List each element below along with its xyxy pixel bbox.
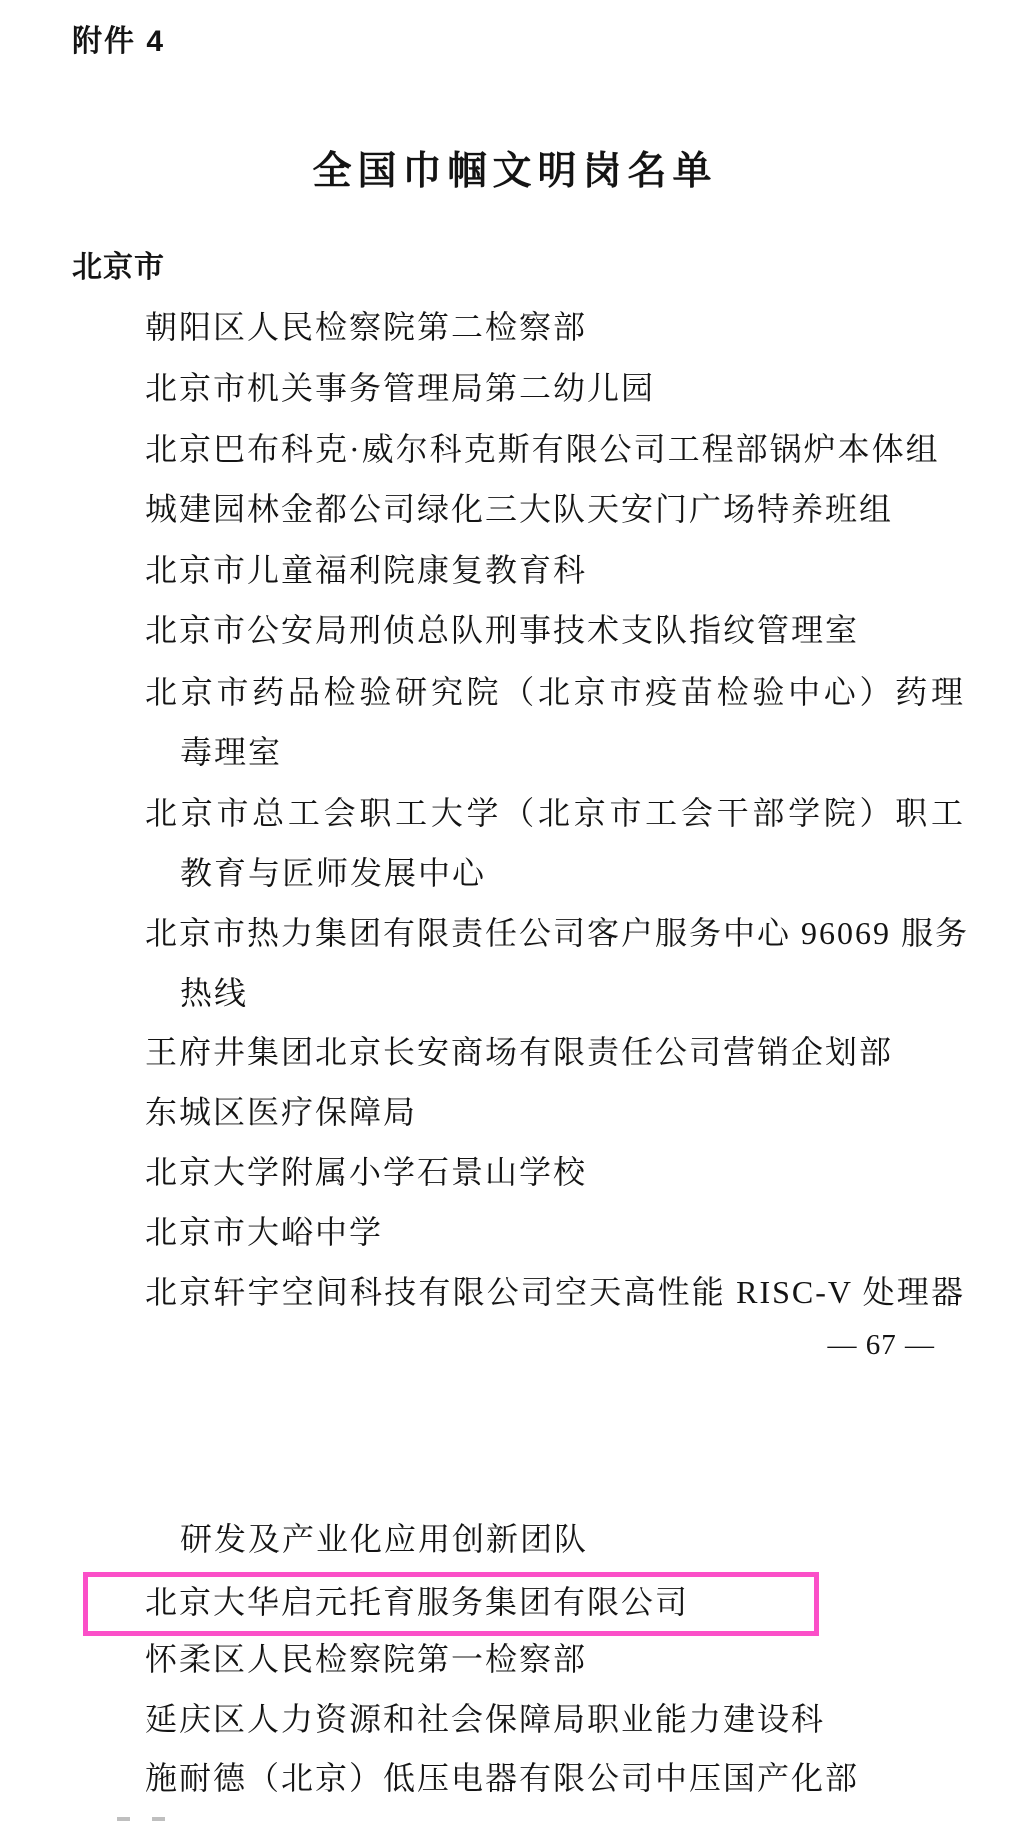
section-heading-beijing: 北京市	[72, 253, 165, 283]
document-page: 附件 4 全国巾帼文明岗名单 北京市 朝阳区人民检察院第二检察部 北京市机关事务…	[0, 0, 1030, 1823]
entry-line: 北京市大峪中学	[145, 1216, 383, 1248]
document-title: 全国巾帼文明岗名单	[0, 152, 1030, 191]
entry-line-continuation: 教育与匠师发展中心	[180, 857, 486, 889]
entry-line-continuation: 研发及产业化应用创新团队	[180, 1523, 588, 1555]
highlighted-entry: 北京大华启元托育服务集团有限公司	[145, 1586, 689, 1618]
entry-line: 施耐德（北京）低压电器有限公司中压国产化部	[145, 1762, 859, 1794]
clipped-next-line-fragment	[152, 1817, 165, 1821]
entry-line-continuation: 毒理室	[180, 736, 282, 768]
attachment-label: 附件 4	[72, 27, 165, 57]
entry-line: 北京市公安局刑侦总队刑事技术支队指纹管理室	[145, 614, 859, 646]
highlight-box: 北京大华启元托育服务集团有限公司	[83, 1572, 819, 1636]
entry-line: 北京轩宇空间科技有限公司空天高性能 RISC-V 处理器	[145, 1276, 965, 1308]
page-number: — 67 —	[815, 1331, 935, 1360]
entry-line: 城建园林金都公司绿化三大队天安门广场特养班组	[145, 493, 893, 525]
entry-line: 北京巴布科克·威尔科克斯有限公司工程部锅炉本体组	[145, 433, 940, 465]
entry-line: 北京市机关事务管理局第二幼儿园	[145, 372, 655, 404]
entry-line: 王府井集团北京长安商场有限责任公司营销企划部	[145, 1036, 893, 1068]
entry-line: 北京市儿童福利院康复教育科	[145, 554, 587, 586]
entry-line: 北京市药品检验研究院（北京市疫苗检验中心）药理	[145, 676, 965, 708]
entry-line: 怀柔区人民检察院第一检察部	[145, 1643, 587, 1675]
entry-line: 北京大学附属小学石景山学校	[145, 1156, 587, 1188]
entry-line: 北京市热力集团有限责任公司客户服务中心 96069 服务	[145, 917, 965, 949]
clipped-next-line-fragment	[117, 1817, 130, 1821]
entry-line: 延庆区人力资源和社会保障局职业能力建设科	[145, 1703, 825, 1735]
entry-line: 北京市总工会职工大学（北京市工会干部学院）职工	[145, 797, 965, 829]
entry-line: 朝阳区人民检察院第二检察部	[145, 311, 587, 343]
entry-line: 东城区医疗保障局	[145, 1096, 417, 1128]
entry-line-continuation: 热线	[180, 977, 248, 1009]
